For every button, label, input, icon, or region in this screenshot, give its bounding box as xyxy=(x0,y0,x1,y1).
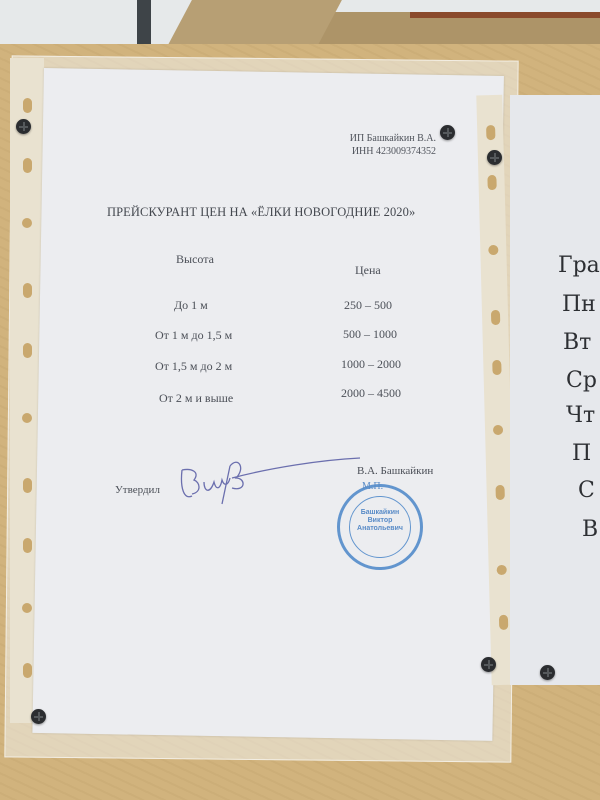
issuer-name: ИП Башкайкин В.А. xyxy=(340,133,436,144)
page-title: ПРЕЙСКУРАНТ ЦЕН НА «ЁЛКИ НОВОГОДНИЕ 2020… xyxy=(107,205,415,220)
schedule-fragment: Пн xyxy=(562,292,596,317)
screw-icon xyxy=(16,119,31,134)
schedule-fragment: Чт xyxy=(566,403,595,428)
row-price: 500 – 1000 xyxy=(343,327,397,342)
row-height: До 1 м xyxy=(174,298,208,313)
price-list-sheet xyxy=(32,68,504,741)
official-stamp: М.П. Башкайкин Виктор Анатольевич xyxy=(337,484,423,570)
schedule-fragment: В xyxy=(582,517,598,542)
column-header-price: Цена xyxy=(355,263,381,278)
row-price: 1000 – 2000 xyxy=(341,357,401,372)
stamp-mark: М.П. xyxy=(362,481,383,492)
row-price: 250 – 500 xyxy=(344,298,392,313)
schedule-fragment: Ср xyxy=(566,368,597,393)
row-height: От 2 м и выше xyxy=(159,391,233,406)
row-price: 2000 – 4500 xyxy=(341,386,401,401)
screw-icon xyxy=(31,709,46,724)
row-height: От 1,5 м до 2 м xyxy=(155,359,232,374)
beam-edge xyxy=(410,12,600,18)
schedule-fragment: Гра xyxy=(558,253,600,278)
column-header-height: Высота xyxy=(176,252,214,267)
issuer-inn: ИНН 423009374352 xyxy=(340,146,436,157)
screw-icon xyxy=(481,657,496,672)
row-height: От 1 м до 1,5 м xyxy=(155,328,232,343)
stamp-name: Башкайкин Виктор Анатольевич xyxy=(340,509,420,533)
screw-icon xyxy=(540,665,555,680)
approved-label: Утвердил xyxy=(115,484,160,496)
screw-icon xyxy=(487,150,502,165)
schedule-fragment: Вт xyxy=(563,330,591,355)
schedule-fragment: П xyxy=(572,441,591,466)
signature-icon xyxy=(170,448,370,508)
screw-icon xyxy=(440,125,455,140)
schedule-fragment: С xyxy=(578,478,595,503)
signer-name: В.А. Башкайкин xyxy=(357,465,433,477)
